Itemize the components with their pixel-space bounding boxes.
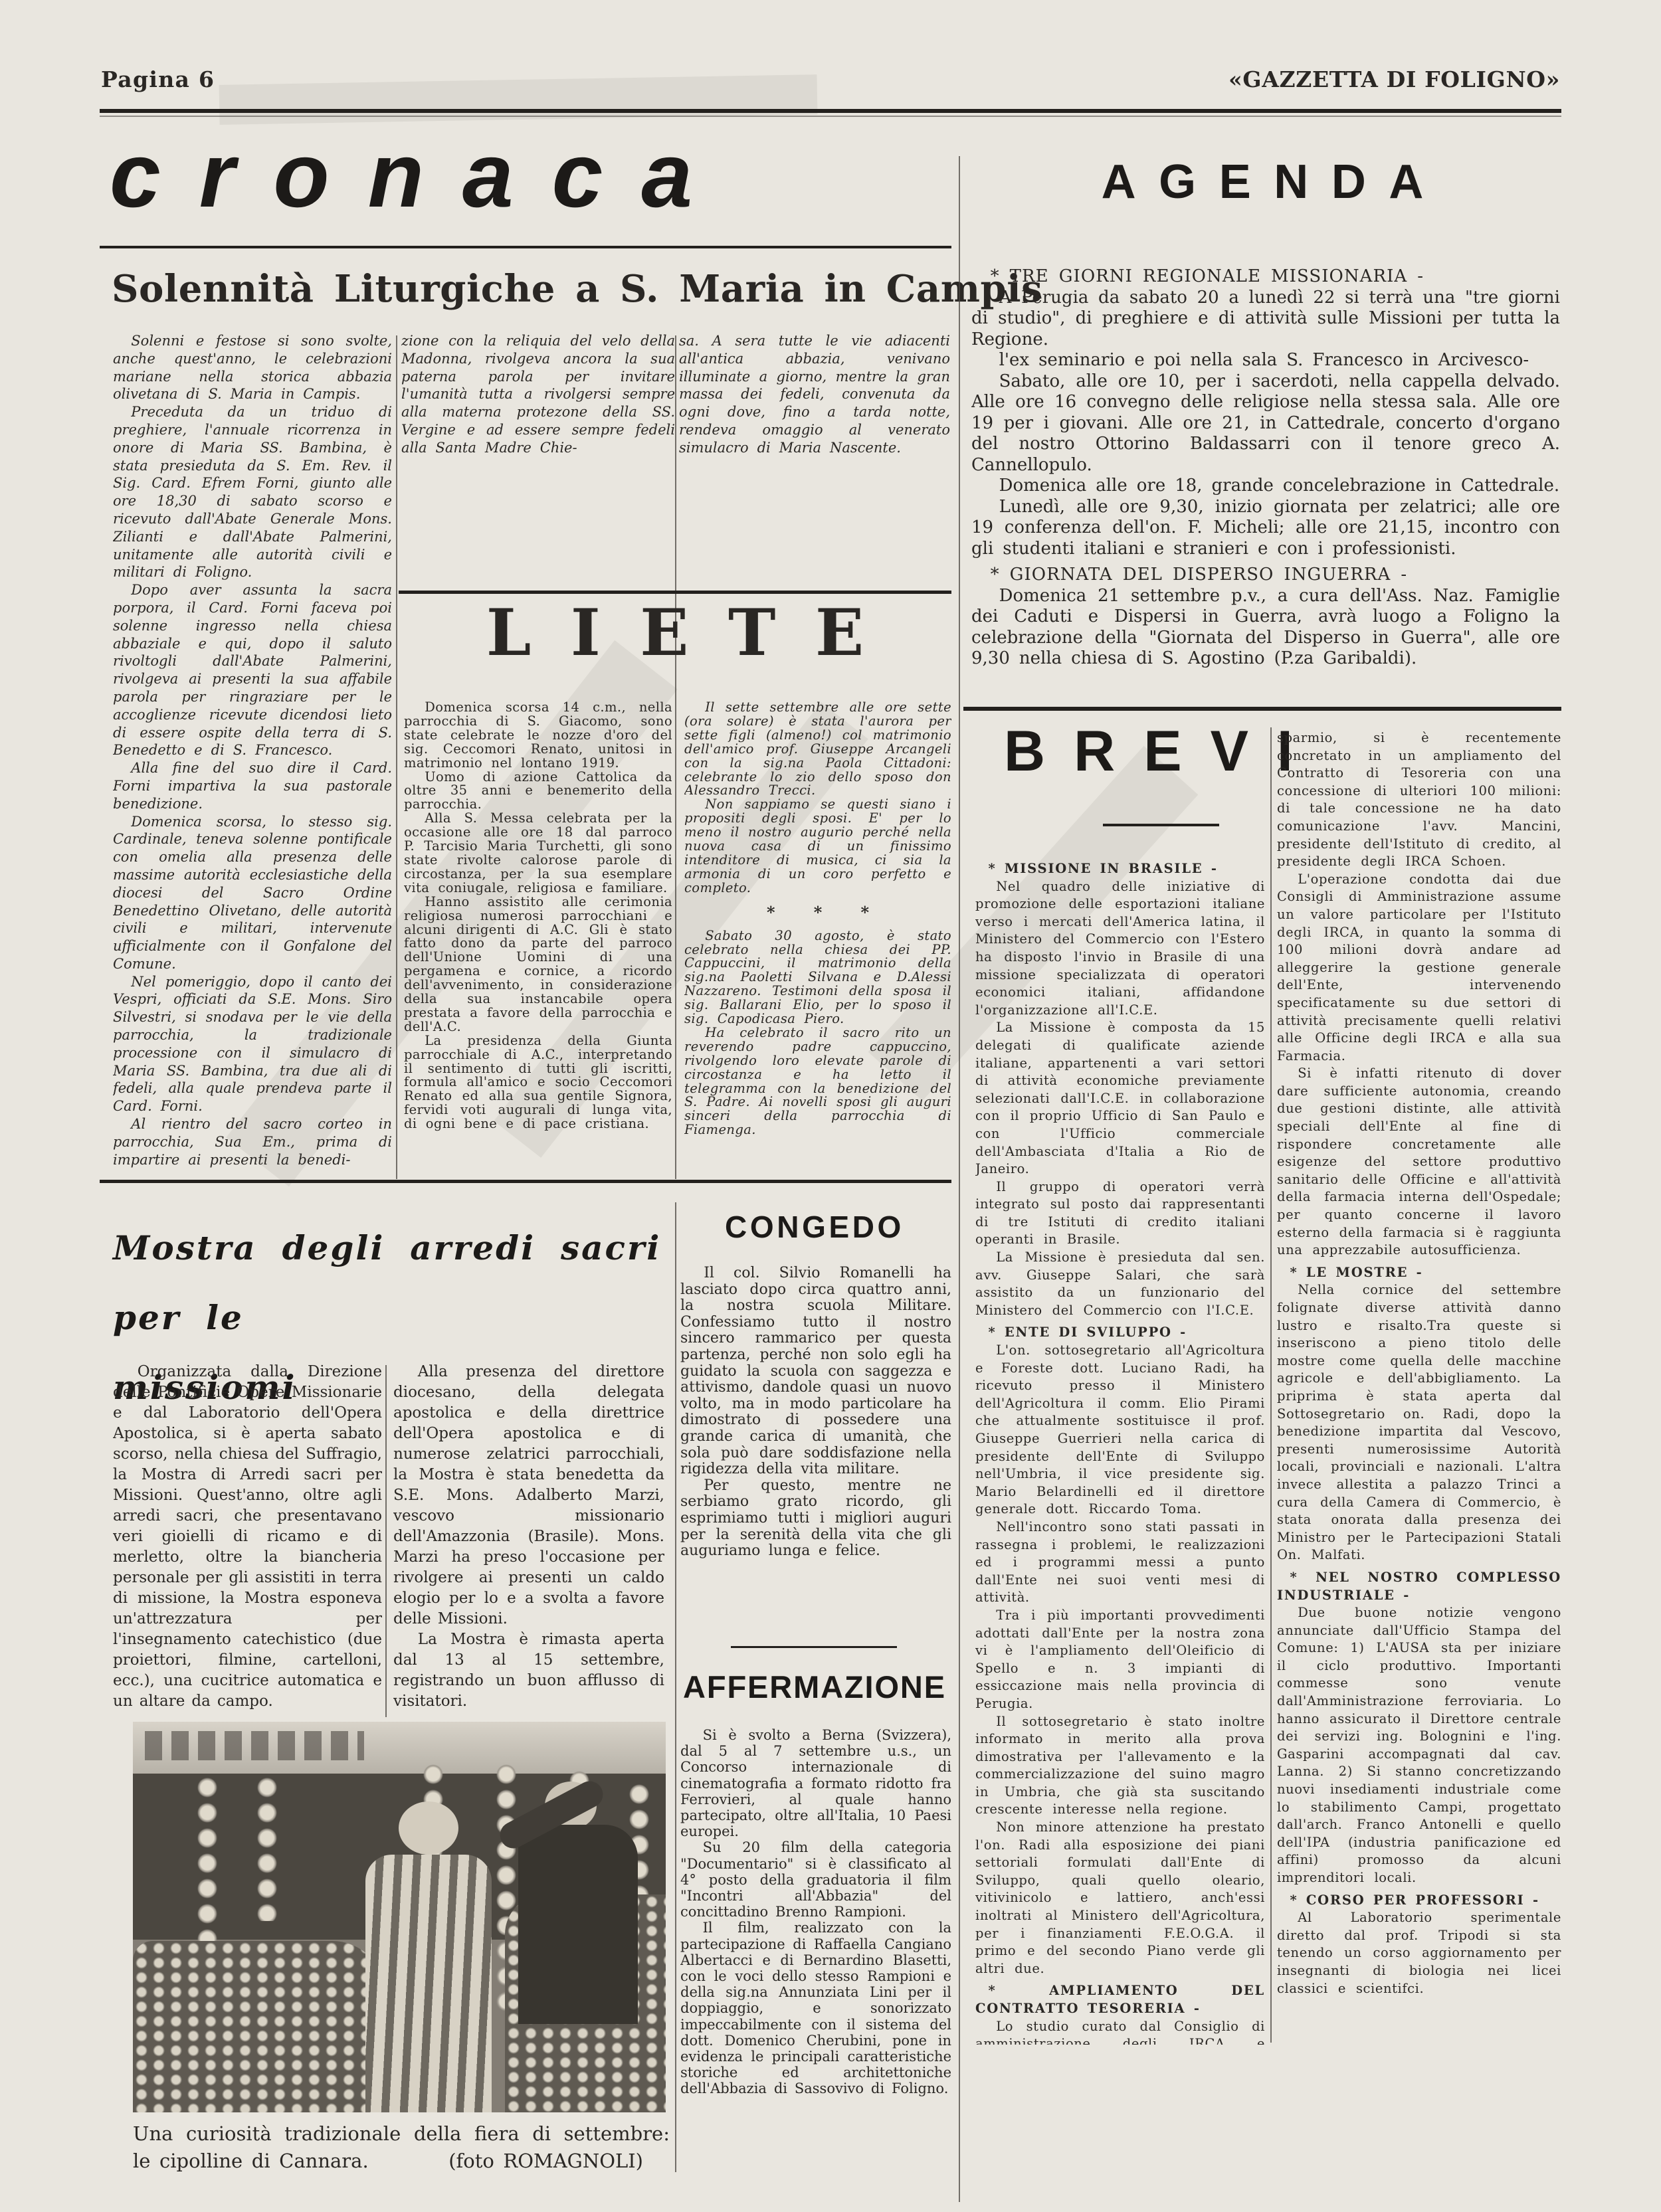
liete-paragraph: Hanno assistito alle cerimonia religiosa… (404, 895, 672, 1034)
fair-onions-photo (133, 1722, 666, 2112)
affermazione-paragraph: Su 20 film della categoria "Documentario… (680, 1839, 951, 1920)
agenda-body: * TRE GIORNI REGIONALE MISSIONARIA - A P… (971, 261, 1560, 703)
brevi-heading: * CORSO PER PROFESSORI - (1277, 1892, 1561, 1910)
liete-paragraph: Alla S. Messa celebrata per la occasione… (404, 812, 672, 895)
liete-rule-top (399, 591, 951, 594)
liete-paragraph: Il sette settembre alle ore sette (ora s… (684, 701, 951, 798)
mostra-rule-top (100, 1180, 951, 1183)
article-paragraph: zione con la reliquia del velo della Mad… (401, 332, 675, 457)
congedo-body: Il col. Silvio Romanelli ha lasciato dop… (680, 1265, 951, 1637)
brevi-section-corso: Al Laboratorio sperimentale diretto dal … (1277, 1909, 1561, 1997)
article-paragraph: Solenni e festose si sono svolte, anche … (113, 332, 392, 403)
mostra-column-2: Alla presenza del direttore diocesano, d… (393, 1362, 664, 1724)
agenda-bottom-rule (963, 707, 1561, 711)
column-divider (675, 335, 676, 1179)
article-paragraph: Preceduta da un triduo di preghiere, l'a… (113, 403, 392, 581)
liete-paragraph: Domenica scorsa 14 c.m., nella parrocchi… (404, 701, 672, 771)
brevi-continuation: sparmio, si è recentemente concretato in… (1277, 729, 1561, 1259)
article-paragraph: Nel pomeriggio, dopo il canto dei Vespri… (113, 973, 392, 1115)
brevi-heading: * LE MOSTRE - (1277, 1264, 1561, 1282)
brevi-paragraph: La Missione è presieduta dal sen. avv. G… (975, 1249, 1265, 1319)
brevi-heading: * ENTE DI SVILUPPO - (975, 1324, 1265, 1342)
affermazione-paragraph: Si è svolto a Berna (Svizzera), dal 5 al… (680, 1727, 951, 1839)
brevi-section-ampliamento: Lo studio curato dal Consiglio di ammini… (975, 2018, 1265, 2045)
brevi-paragraph: L'on. sottosegretario all'Agricoltura e … (975, 1342, 1265, 1519)
agenda-paragraph: Domenica alle ore 18, grande concelebraz… (971, 476, 1560, 497)
congedo-paragraph: Il col. Silvio Romanelli ha lasciato dop… (680, 1265, 951, 1478)
person-striped-shirt (365, 1855, 492, 2112)
agenda-paragraph: l'ex seminario e poi nella sala S. Franc… (971, 350, 1560, 371)
onion-pile (133, 1941, 385, 2112)
affermazione-paragraph: Il film, realizzato con la partecipazion… (680, 1920, 951, 2096)
brevi-heading: * NEL NOSTRO COMPLESSO INDUSTRIALE - (1277, 1569, 1561, 1604)
photo-banner-text (145, 1731, 364, 1760)
header-rule-thin (100, 116, 1561, 117)
mostra-paragraph: Organizzata dalla Direzione delle Pontif… (113, 1362, 382, 1712)
article-column-3: sa. A sera tutte le vie adiacenti all'an… (679, 332, 950, 591)
section-title-liete: LIETE (399, 601, 951, 665)
onion-string (252, 1775, 282, 1921)
photo-credit: (foto ROMAGNOLI) (448, 2148, 643, 2175)
brevi-section-missione: Nel quadro delle iniziative di promozion… (975, 878, 1265, 1320)
agenda-heading: * TRE GIORNI REGIONALE MISSIONARIA - (971, 266, 1560, 288)
agenda-paragraph: A Perugia da sabato 20 a lunedì 22 si te… (971, 288, 1560, 351)
liete-column-2: Il sette settembre alle ore sette (ora s… (684, 701, 951, 1180)
liete-paragraph: Sabato 30 agosto, è stato celebrato nell… (684, 929, 951, 1026)
article-paragraph: Dopo aver assunta la sacra porpora, il C… (113, 581, 392, 759)
section-title-cronaca: cronaca (110, 128, 960, 224)
scan-artifact (219, 74, 818, 125)
liete-column-2-part1: Il sette settembre alle ore sette (ora s… (684, 701, 951, 895)
brevi-column-divider (1270, 727, 1272, 2043)
section-title-congedo: CONGEDO (678, 1209, 951, 1245)
brevi-section-complesso: Due buone notizie vengono annunciate dal… (1277, 1604, 1561, 1887)
agenda-section-1: A Perugia da sabato 20 a lunedì 22 si te… (971, 288, 1560, 560)
article-headline: Solennità Liturgiche a S. Maria in Campi… (112, 267, 951, 311)
stars-separator: * * * (684, 906, 951, 920)
brevi-paragraph: Nel quadro delle iniziative di promozion… (975, 878, 1265, 1020)
mostra-column-divider (385, 1365, 387, 1717)
brevi-paragraph: Nell'incontro sono stati passati in rass… (975, 1519, 1265, 1607)
brevi-heading: * MISSIONE IN BRASILE - (975, 860, 1265, 878)
brevi-column-1: * MISSIONE IN BRASILE - Nel quadro delle… (975, 856, 1265, 2045)
section-title-affermazione: AFFERMAZIONE (674, 1669, 955, 1705)
liete-column-1: Domenica scorsa 14 c.m., nella parrocchi… (404, 701, 672, 1180)
congedo-divider (731, 1646, 897, 1648)
agenda-paragraph: Sabato, alle ore 10, per i sacerdoti, ne… (971, 371, 1560, 476)
article-column-2: zione con la reliquia del velo della Mad… (401, 332, 675, 591)
brevi-paragraph: Nella cornice del settembre folignate di… (1277, 1281, 1561, 1564)
brevi-paragraph: Non minore attenzione ha prestato l'on. … (975, 1819, 1265, 1978)
brevi-paragraph: Si è infatti ritenuto di dover dare suff… (1277, 1065, 1561, 1259)
masthead: «GAZZETTA DI FOLIGNO» (1228, 66, 1560, 92)
article-paragraph: Al rientro del sacro corteo in parrocchi… (113, 1115, 392, 1168)
brevi-paragraph: L'operazione condotta dai due Consigli d… (1277, 871, 1561, 1065)
affermazione-body: Si è svolto a Berna (Svizzera), dal 5 al… (680, 1727, 951, 2192)
brevi-section-mostre: Nella cornice del settembre folignate di… (1277, 1281, 1561, 1564)
brevi-column-2: sparmio, si è recentemente concretato in… (1277, 729, 1561, 2048)
agenda-heading: * GIORNATA DEL DISPERSO INGUERRA - (971, 565, 1560, 586)
person-head (399, 1801, 458, 1855)
section-title-agenda: AGENDA (963, 155, 1561, 209)
cronaca-rule (100, 246, 951, 248)
liete-paragraph: Ha celebrato il sacro rito un reverendo … (684, 1026, 951, 1137)
newspaper-page: Pagina 6 «GAZZETTA DI FOLIGNO» cronaca A… (0, 0, 1661, 2212)
agenda-paragraph: Lunedì, alle ore 9,30, inizio giornata p… (971, 497, 1560, 560)
brevi-title-rule (1103, 824, 1219, 826)
mostra-column-1: Organizzata dalla Direzione delle Pontif… (113, 1362, 382, 1724)
liete-paragraph: Non sappiamo se questi siano i propositi… (684, 798, 951, 895)
mostra-title-line1: Mostra degli arredi sacri per le (113, 1228, 661, 1337)
photo-banner (133, 1722, 666, 1774)
liete-paragraph: Uomo di azione Cattolica da oltre 35 ann… (404, 771, 672, 812)
brevi-section-ente: L'on. sottosegretario all'Agricoltura e … (975, 1342, 1265, 1978)
column-divider (396, 335, 397, 1179)
main-right-divider (959, 156, 960, 2202)
brevi-paragraph: Tra i più importanti provvedimenti adott… (975, 1607, 1265, 1713)
page-number: Pagina 6 (101, 66, 215, 92)
agenda-paragraph: Domenica 21 settembre p.v., a cura dell'… (971, 586, 1560, 670)
article-paragraph: sa. A sera tutte le vie adiacenti all'an… (679, 332, 950, 457)
brevi-paragraph: La Missione è composta da 15 delegati di… (975, 1019, 1265, 1178)
header-rule (100, 109, 1561, 113)
brevi-paragraph: sparmio, si è recentemente concretato in… (1277, 729, 1561, 871)
congedo-paragraph: Per questo, mentre ne serbiamo grato ric… (680, 1478, 951, 1560)
section-title-brevi: BREVI (975, 719, 1268, 784)
article-column-1: Solenni e festose si sono svolte, anche … (113, 332, 392, 1172)
photo-caption: Una curiosità tradizionale della fiera d… (133, 2120, 670, 2175)
agenda-section-2: Domenica 21 settembre p.v., a cura dell'… (971, 586, 1560, 670)
liete-column-2-part2: Sabato 30 agosto, è stato celebrato nell… (684, 929, 951, 1138)
mostra-paragraph: Alla presenza del direttore diocesano, d… (393, 1362, 664, 1629)
brevi-heading: * AMPLIAMENTO DEL CONTRATTO TESORERIA - (975, 1982, 1265, 2017)
brevi-paragraph: Due buone notizie vengono annunciate dal… (1277, 1604, 1561, 1887)
brevi-paragraph: Al Laboratorio sperimentale diretto dal … (1277, 1909, 1561, 1997)
article-paragraph: Alla fine del suo dire il Card. Forni im… (113, 759, 392, 812)
brevi-paragraph: Il sottosegretario è stato inoltre infor… (975, 1713, 1265, 1819)
mostra-paragraph: La Mostra è rimasta aperta dal 13 al 15 … (393, 1629, 664, 1712)
article-paragraph: Domenica scorsa, lo stesso sig. Cardinal… (113, 813, 392, 973)
liete-paragraph: La presidenza della Giunta parrocchiale … (404, 1034, 672, 1131)
brevi-paragraph: Lo studio curato dal Consiglio di ammini… (975, 2018, 1265, 2045)
person-dark-jacket (518, 1825, 638, 2024)
brevi-paragraph: Il gruppo di operatori verrà integrato s… (975, 1178, 1265, 1249)
